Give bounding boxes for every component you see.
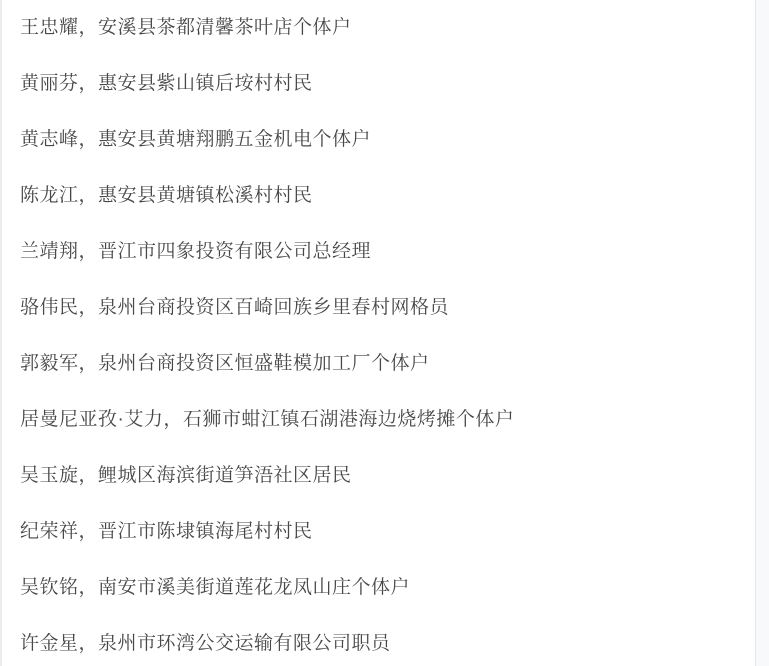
person-name: 王忠耀 [20, 17, 79, 38]
list-item: 陈龙江，惠安县黄塘镇松溪村村民 [20, 168, 749, 224]
person-affiliation: 泉州市环湾公交运输有限公司职员 [98, 633, 391, 654]
person-name: 陈龙江 [20, 185, 79, 206]
list-item: 骆伟民，泉州台商投资区百崎回族乡里春村网格员 [20, 280, 749, 336]
separator: ， [79, 73, 99, 94]
person-name: 纪荣祥 [20, 521, 79, 542]
person-affiliation: 泉州台商投资区恒盛鞋模加工厂个体户 [98, 353, 430, 374]
separator: ， [79, 129, 99, 150]
separator: ， [79, 465, 99, 486]
separator: ， [79, 353, 99, 374]
separator: ， [79, 577, 99, 598]
person-affiliation: 安溪县茶都清馨茶叶店个体户 [98, 17, 352, 38]
person-name: 黄志峰 [20, 129, 79, 150]
list-item: 兰靖翔，晋江市四象投资有限公司总经理 [20, 224, 749, 280]
person-affiliation: 惠安县紫山镇后垵村村民 [98, 73, 313, 94]
honorees-list: 王忠耀，安溪县茶都清馨茶叶店个体户 黄丽芬，惠安县紫山镇后垵村村民 黄志峰，惠安… [20, 0, 749, 666]
separator: ， [79, 297, 99, 318]
person-affiliation: 石狮市蚶江镇石湖港海边烧烤摊个体户 [183, 409, 515, 430]
separator: ， [79, 185, 99, 206]
list-item: 许金星，泉州市环湾公交运输有限公司职员 [20, 616, 749, 666]
person-affiliation: 晋江市陈埭镇海尾村村民 [98, 521, 313, 542]
list-item: 黄志峰，惠安县黄塘翔鹏五金机电个体户 [20, 112, 749, 168]
person-affiliation: 惠安县黄塘镇松溪村村民 [98, 185, 313, 206]
separator: ， [79, 241, 99, 262]
list-item: 郭毅军，泉州台商投资区恒盛鞋模加工厂个体户 [20, 336, 749, 392]
person-name: 黄丽芬 [20, 73, 79, 94]
list-item: 吴玉旋，鲤城区海滨街道笋浯社区居民 [20, 448, 749, 504]
person-name: 兰靖翔 [20, 241, 79, 262]
person-affiliation: 鲤城区海滨街道笋浯社区居民 [98, 465, 352, 486]
list-item: 黄丽芬，惠安县紫山镇后垵村村民 [20, 56, 749, 112]
person-name: 许金星 [20, 633, 79, 654]
list-item: 居曼尼亚孜·艾力，石狮市蚶江镇石湖港海边烧烤摊个体户 [20, 392, 749, 448]
person-name: 吴玉旋 [20, 465, 79, 486]
separator: ， [79, 633, 99, 654]
person-name: 吴钦铭 [20, 577, 79, 598]
scrollbar-track[interactable] [755, 0, 769, 666]
separator: ， [79, 521, 99, 542]
separator: ， [163, 409, 183, 430]
list-item: 吴钦铭，南安市溪美街道莲花龙凤山庄个体户 [20, 560, 749, 616]
person-affiliation: 泉州台商投资区百崎回族乡里春村网格员 [98, 297, 449, 318]
person-affiliation: 晋江市四象投资有限公司总经理 [98, 241, 371, 262]
person-name: 居曼尼亚孜·艾力 [20, 409, 163, 430]
list-item: 纪荣祥，晋江市陈埭镇海尾村村民 [20, 504, 749, 560]
person-name: 郭毅军 [20, 353, 79, 374]
list-item: 王忠耀，安溪县茶都清馨茶叶店个体户 [20, 0, 749, 56]
person-affiliation: 南安市溪美街道莲花龙凤山庄个体户 [98, 577, 410, 598]
page-left-edge [0, 0, 2, 666]
separator: ， [79, 17, 99, 38]
person-name: 骆伟民 [20, 297, 79, 318]
person-affiliation: 惠安县黄塘翔鹏五金机电个体户 [98, 129, 371, 150]
